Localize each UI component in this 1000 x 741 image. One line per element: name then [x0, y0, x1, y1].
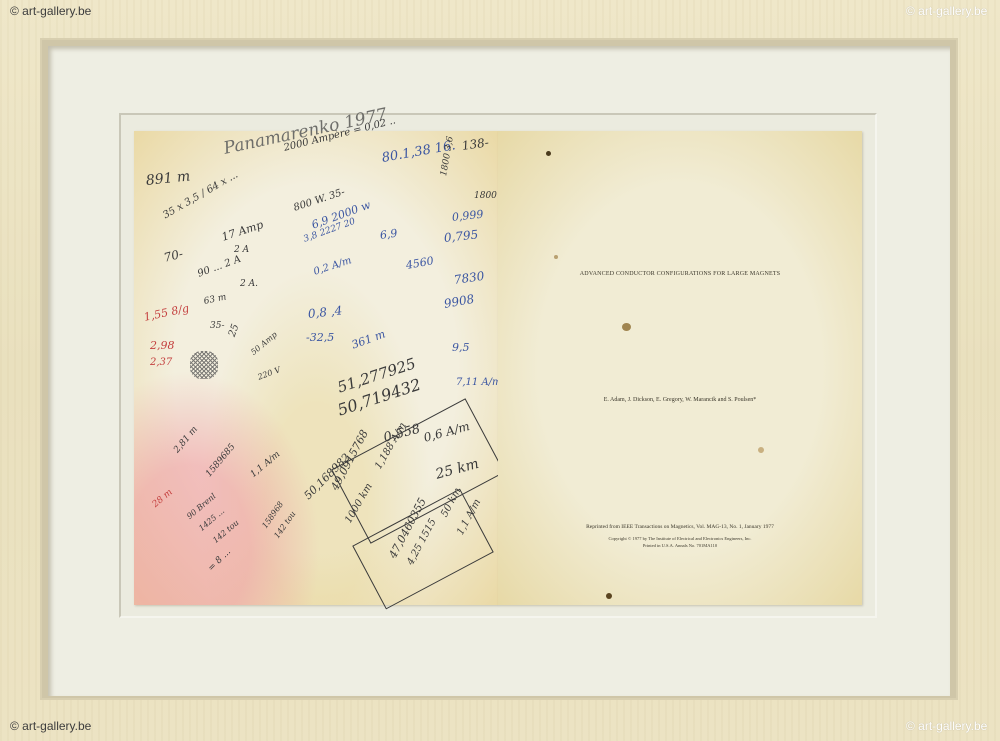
note: 7830 [453, 269, 485, 287]
document-authors: E. Adam, J. Dickson, E. Gregory, W. Mara… [498, 397, 862, 403]
printed-cover-page: ADVANCED CONDUCTOR CONFIGURATIONS FOR LA… [498, 131, 862, 605]
note: 2,37 [150, 357, 172, 368]
note: 9,5 [452, 341, 470, 354]
note: 138- [461, 135, 490, 153]
document-reprint-note: Reprinted from IEEE Transactions on Magn… [498, 524, 862, 530]
watermark-bottom-left: © art-gallery.be [10, 719, 91, 733]
watermark-top-right: © art-gallery.be [906, 4, 987, 18]
note: 9908 [443, 292, 476, 311]
stain-spot [606, 593, 612, 599]
note: -32,5 [306, 331, 334, 344]
note: 17 Amp [220, 218, 265, 244]
note: 2,81 m [172, 425, 200, 456]
note: 1589685 [204, 442, 237, 479]
watermark-top-left: © art-gallery.be [10, 4, 91, 18]
note: 4560 [405, 254, 435, 272]
note: 1,1 A/m [249, 450, 282, 480]
note: 220 V [256, 365, 281, 382]
document-copyright: Copyright © 1977 by The Institute of Ele… [498, 536, 862, 541]
note: 1,55 8/g [143, 302, 190, 324]
stain-spot [758, 447, 764, 453]
note: 6,9 [379, 227, 398, 242]
note: 0,795 [443, 227, 479, 245]
note: 35- [210, 321, 225, 331]
stain-spot [622, 323, 631, 331]
note: 70- [162, 247, 184, 265]
document-title: ADVANCED CONDUCTOR CONFIGURATIONS FOR LA… [498, 271, 862, 277]
document-printed-info: Printed in U.S.A. Annals No. 701MA110 [498, 543, 862, 548]
note: 7,11 A/m [456, 377, 502, 388]
note: 0,2 A/m [312, 255, 353, 278]
note: 25 [227, 323, 242, 339]
note: 28 m [151, 487, 175, 509]
note: 361 m [350, 327, 387, 351]
note: 0,999 [451, 208, 484, 224]
note: 63 m [203, 292, 227, 307]
note: 90 ... 2 A [196, 254, 242, 280]
pencil-hatching [190, 351, 218, 379]
watermark-bottom-right: © art-gallery.be [906, 719, 987, 733]
stain-spot [554, 255, 558, 259]
stain-spot [546, 151, 551, 156]
note: 50 Amp [249, 330, 279, 357]
note: = 8 ... [206, 547, 233, 574]
note: 2 A. [240, 279, 258, 289]
note: 891 m [145, 168, 191, 189]
handwritten-notes-page: Panamarenko 1977 891 m 2000 Ampère = 0,0… [134, 131, 498, 605]
note: 0,8 ,4 [307, 303, 343, 321]
note: 2,98 [150, 339, 175, 352]
